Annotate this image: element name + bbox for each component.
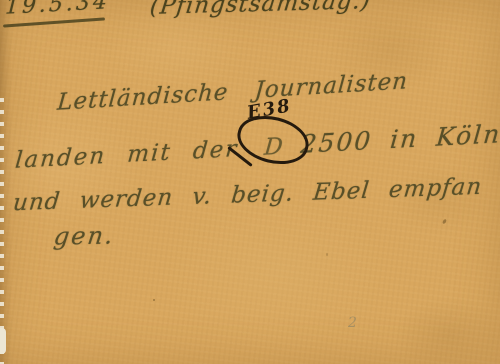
circled-annotation: E38 <box>233 105 323 175</box>
body-line-2-start: landen mit der <box>14 136 239 174</box>
note-title: (Pfingstsamstag.) <box>149 0 373 20</box>
paper-speck <box>153 299 155 301</box>
ink-flourish-mark <box>442 219 447 225</box>
body-line-2-end: 2500 in Köln <box>300 119 500 159</box>
scanned-handwritten-note: 19.5.34 (Pfingstsamstag.) Lettländische … <box>0 0 500 364</box>
body-line-3: und werden v. beig. Ebel empfan <box>12 174 484 216</box>
perforated-tear-edge <box>0 98 4 364</box>
paper-speck <box>326 253 328 256</box>
pencil-page-number: 2 <box>348 315 357 331</box>
note-date: 19.5.34 <box>4 0 110 20</box>
bottom-left-tear <box>0 328 6 354</box>
body-line-4: gen. <box>52 221 116 250</box>
